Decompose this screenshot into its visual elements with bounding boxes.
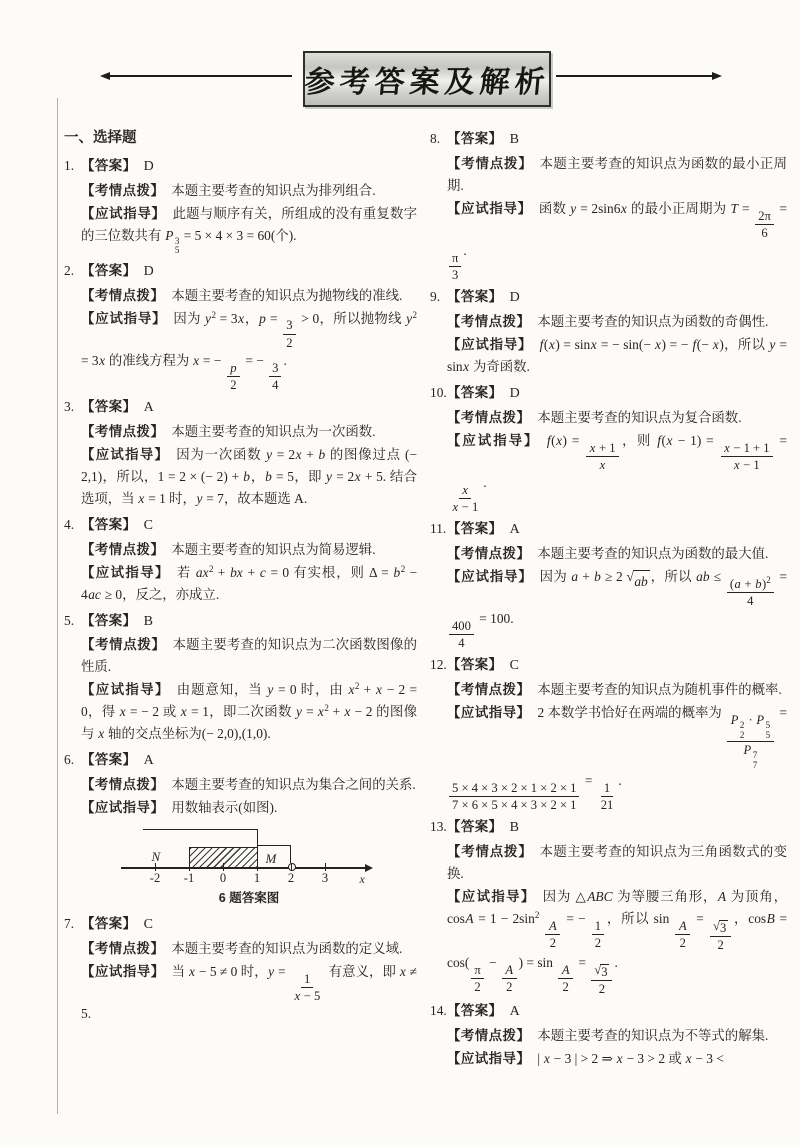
guide-label: 【应试指导】 [81, 447, 169, 462]
review-line: 【考情点拨】本题主要考查的知识点为函数的定义域. [81, 938, 417, 960]
review-line: 【考情点拨】本题主要考查的知识点为函数的最小正周期. [447, 153, 787, 197]
review-line: 【考情点拨】本题主要考查的知识点为复合函数. [447, 407, 787, 429]
axis-tick-label: 0 [211, 868, 235, 889]
review-label: 【考情点拨】 [81, 183, 164, 198]
guide-line: 【应试指导】因为 △ABC 为等腰三角形，A 为顶角，cosA = 1 − 2s… [447, 886, 787, 996]
column-right: 8.【答案】B 【考情点拨】本题主要考查的知识点为函数的最小正周期. 【应试指导… [430, 127, 787, 1074]
set-m-bracket [257, 845, 291, 846]
section-title: 一、选择题 [64, 127, 417, 151]
answer-letter: C [144, 917, 153, 932]
guide-line: 【应试指导】函数 y = 2sin6x 的最小正周期为 T = 2π6 = π3… [447, 198, 787, 282]
guide-label: 【应试指导】 [447, 337, 532, 352]
guide-label: 【应试指导】 [81, 311, 166, 326]
review-line: 【考情点拨】本题主要考查的知识点为三角函数式的变换. [447, 841, 787, 885]
column-left: 一、选择题 1.【答案】D 【考情点拨】本题主要考查的知识点为排列组合. 【应试… [64, 127, 417, 1074]
question-item: 3.【答案】A 【考情点拨】本题主要考查的知识点为一次函数. 【应试指导】因为一… [64, 396, 417, 510]
review-label: 【考情点拨】 [447, 314, 530, 329]
review-text: 本题主要考查的知识点为复合函数. [537, 410, 741, 425]
question-number: 4. [64, 514, 81, 536]
guide-label: 【应试指导】 [447, 1051, 530, 1066]
guide-label: 【应试指导】 [81, 964, 165, 979]
question-number: 11. [430, 518, 447, 540]
guide-line: 【应试指导】因为一次函数 y = 2x + b 的图像过点 (− 2,1)，所以… [81, 444, 417, 510]
answer-letter: D [510, 290, 520, 305]
review-line: 【考情点拨】本题主要考查的知识点为排列组合. [81, 180, 417, 202]
question-number: 7. [64, 913, 81, 935]
answer-line: 3.【答案】A [64, 396, 417, 420]
review-text: 本题主要考查的知识点为不等式的解集. [537, 1028, 768, 1043]
guide-line: 【应试指导】2 本数学书恰好在两端的概率为 P22 · P55P77 = 5 ×… [447, 702, 787, 812]
answer-label: 【答案】 [81, 158, 137, 173]
review-label: 【考情点拨】 [81, 941, 164, 956]
title-box: 参考答案及解析 [303, 51, 551, 107]
answer-line: 2.【答案】D [64, 260, 417, 284]
review-text: 本题主要考查的知识点为函数的最大值. [537, 546, 768, 561]
answer-letter: D [144, 264, 154, 279]
review-line: 【考情点拨】本题主要考查的知识点为函数的最大值. [447, 543, 787, 565]
right-rule-arrow-icon [712, 72, 722, 80]
axis-tick-label: 2 [279, 868, 303, 889]
review-line: 【考情点拨】本题主要考查的知识点为一次函数. [81, 421, 417, 443]
review-text: 本题主要考查的知识点为随机事件的概率. [537, 682, 781, 697]
review-label: 【考情点拨】 [447, 1028, 530, 1043]
answer-line: 14.【答案】A [430, 1000, 787, 1024]
answer-letter: C [144, 518, 153, 533]
answer-letter: B [510, 132, 519, 147]
axis-tick-label: -2 [143, 868, 167, 889]
question-number: 3. [64, 396, 81, 418]
question-item: 1.【答案】D 【考情点拨】本题主要考查的知识点为排列组合. 【应试指导】此题与… [64, 155, 417, 256]
guide-line: 【应试指导】因为 y2 = 3x，p = 32 > 0，所以抛物线 y2 = 3… [81, 308, 417, 392]
answer-label: 【答案】 [447, 289, 503, 304]
answer-label: 【答案】 [447, 657, 503, 672]
question-number: 2. [64, 260, 81, 282]
answer-line: 1.【答案】D [64, 155, 417, 179]
answer-line: 13.【答案】B [430, 816, 787, 840]
header-rule-left [109, 75, 292, 77]
axis-tick-label: 3 [313, 868, 337, 889]
question-item: 5.【答案】B 【考情点拨】本题主要考查的知识点为二次函数图像的性质. 【应试指… [64, 610, 417, 746]
question-item: 14.【答案】A 【考情点拨】本题主要考查的知识点为不等式的解集. 【应试指导】… [430, 1000, 787, 1070]
review-label: 【考情点拨】 [81, 542, 164, 557]
question-number: 9. [430, 286, 447, 308]
review-text: 本题主要考查的知识点为简易逻辑. [171, 542, 375, 557]
guide-label: 【应试指导】 [447, 201, 532, 216]
answer-letter: A [510, 522, 520, 537]
guide-line: 【应试指导】用数轴表示(如图). [81, 797, 417, 819]
guide-line: 【应试指导】因为 a + b ≥ 2 √ab，所以 ab ≤ (a + b)24… [447, 566, 787, 650]
review-text: 本题主要考查的知识点为集合之间的关系. [171, 777, 415, 792]
guide-label: 【应试指导】 [447, 569, 533, 584]
question-item: 13.【答案】B 【考情点拨】本题主要考查的知识点为三角函数式的变换. 【应试指… [430, 816, 787, 996]
review-line: 【考情点拨】本题主要考查的知识点为随机事件的概率. [447, 679, 787, 701]
answer-line: 7.【答案】C [64, 913, 417, 937]
review-text: 本题主要考查的知识点为排列组合. [171, 183, 375, 198]
answer-label: 【答案】 [81, 263, 137, 278]
answer-letter: B [144, 614, 153, 629]
guide-label: 【应试指导】 [81, 800, 164, 815]
page-margin-line [57, 98, 58, 1114]
guide-line: 【应试指导】若 ax2 + bx + c = 0 有实根，则 Δ = b2 − … [81, 562, 417, 606]
answer-label: 【答案】 [447, 385, 503, 400]
axis-arrow-icon [365, 864, 373, 872]
guide-line: 【应试指导】此题与顺序有关，所组成的没有重复数字的三位数共有 P35 = 5 ×… [81, 203, 417, 256]
axis-tick-label: -1 [177, 868, 201, 889]
answer-letter: C [510, 658, 519, 673]
answer-letter: A [510, 1004, 520, 1019]
diagram-caption: 6 题答案图 [81, 888, 417, 909]
answer-label: 【答案】 [447, 1003, 503, 1018]
guide-text: 用数轴表示(如图). [171, 800, 277, 815]
review-text: 本题主要考查的知识点为抛物线的准线. [171, 288, 402, 303]
review-label: 【考情点拨】 [447, 682, 530, 697]
question-item: 2.【答案】D 【考情点拨】本题主要考查的知识点为抛物线的准线. 【应试指导】因… [64, 260, 417, 392]
answer-line: 4.【答案】C [64, 514, 417, 538]
guide-line: 【应试指导】由题意知，当 y = 0 时，由 x2 + x − 2 = 0，得 … [81, 679, 417, 745]
answer-letter: D [144, 159, 154, 174]
axis-label: x [359, 870, 365, 890]
answer-label: 【答案】 [447, 131, 503, 146]
question-number: 12. [430, 654, 447, 676]
review-label: 【考情点拨】 [447, 546, 530, 561]
review-text: 本题主要考查的知识点为函数的定义域. [171, 941, 402, 956]
set-n-bracket [143, 829, 257, 830]
answer-label: 【答案】 [81, 752, 137, 767]
answer-line: 5.【答案】B [64, 610, 417, 634]
guide-label: 【应试指导】 [81, 682, 170, 697]
review-label: 【考情点拨】 [81, 637, 166, 652]
review-label: 【考情点拨】 [447, 844, 533, 859]
review-line: 【考情点拨】本题主要考查的知识点为集合之间的关系. [81, 774, 417, 796]
answer-label: 【答案】 [447, 819, 503, 834]
answer-line: 6.【答案】A [64, 749, 417, 773]
review-line: 【考情点拨】本题主要考查的知识点为抛物线的准线. [81, 285, 417, 307]
answer-letter: A [144, 400, 154, 415]
question-item: 8.【答案】B 【考情点拨】本题主要考查的知识点为函数的最小正周期. 【应试指导… [430, 128, 787, 282]
number-line-figure: N M x -2-10123 [119, 823, 379, 885]
guide-label: 【应试指导】 [447, 705, 530, 720]
axis-tick-label: 1 [245, 868, 269, 889]
answer-line: 10.【答案】D [430, 382, 787, 406]
question-item: 6.【答案】A 【考情点拨】本题主要考查的知识点为集合之间的关系. 【应试指导】… [64, 749, 417, 908]
review-line: 【考情点拨】本题主要考查的知识点为二次函数图像的性质. [81, 634, 417, 678]
review-label: 【考情点拨】 [447, 410, 530, 425]
question-number: 6. [64, 749, 81, 771]
content: 一、选择题 1.【答案】D 【考情点拨】本题主要考查的知识点为排列组合. 【应试… [64, 127, 787, 1074]
answer-line: 9.【答案】D [430, 286, 787, 310]
review-label: 【考情点拨】 [81, 777, 164, 792]
guide-line: 【应试指导】f(x) = x + 1x，则 f(x − 1) = x − 1 +… [447, 430, 787, 514]
question-number: 13. [430, 816, 447, 838]
review-line: 【考情点拨】本题主要考查的知识点为不等式的解集. [447, 1025, 787, 1047]
review-label: 【考情点拨】 [81, 424, 164, 439]
question-number: 5. [64, 610, 81, 632]
guide-text: | x − 3 | > 2 ⇒ x − 3 > 2 或 x − 3 < [537, 1051, 724, 1066]
review-line: 【考情点拨】本题主要考查的知识点为简易逻辑. [81, 539, 417, 561]
review-label: 【考情点拨】 [81, 288, 164, 303]
guide-label: 【应试指导】 [81, 206, 166, 221]
answer-letter: D [510, 386, 520, 401]
guide-label: 【应试指导】 [447, 433, 539, 448]
answer-label: 【答案】 [81, 399, 137, 414]
answer-label: 【答案】 [81, 613, 137, 628]
review-text: 本题主要考查的知识点为函数的奇偶性. [537, 314, 768, 329]
answer-letter: B [510, 820, 519, 835]
answer-label: 【答案】 [447, 521, 503, 536]
answer-label: 【答案】 [81, 916, 137, 931]
page-title: 参考答案及解析 [303, 57, 552, 101]
guide-label: 【应试指导】 [447, 889, 536, 904]
question-number: 10. [430, 382, 447, 404]
header-rule-right [556, 75, 713, 77]
guide-line: 【应试指导】| x − 3 | > 2 ⇒ x − 3 > 2 或 x − 3 … [447, 1048, 787, 1070]
answer-line: 11.【答案】A [430, 518, 787, 542]
question-item: 7.【答案】C 【考情点拨】本题主要考查的知识点为函数的定义域. 【应试指导】当… [64, 913, 417, 1025]
review-line: 【考情点拨】本题主要考查的知识点为函数的奇偶性. [447, 311, 787, 333]
answer-letter: A [144, 753, 154, 768]
question-item: 12.【答案】C 【考情点拨】本题主要考查的知识点为随机事件的概率. 【应试指导… [430, 654, 787, 812]
question-number: 14. [430, 1000, 447, 1022]
question-number: 1. [64, 155, 81, 177]
guide-line: 【应试指导】f(x) = sinx = − sin(− x) = − f(− x… [447, 334, 787, 378]
q6-diagram: N M x -2-10123 6 题答案图 [81, 823, 417, 909]
answer-line: 8.【答案】B [430, 128, 787, 152]
question-item: 10.【答案】D 【考情点拨】本题主要考查的知识点为复合函数. 【应试指导】f(… [430, 382, 787, 514]
guide-label: 【应试指导】 [81, 565, 170, 580]
question-item: 4.【答案】C 【考情点拨】本题主要考查的知识点为简易逻辑. 【应试指导】若 a… [64, 514, 417, 606]
answer-label: 【答案】 [81, 517, 137, 532]
guide-line: 【应试指导】当 x − 5 ≠ 0 时，y = 1x − 5 有意义，即 x ≠… [81, 961, 417, 1025]
answer-line: 12.【答案】C [430, 654, 787, 678]
question-number: 8. [430, 128, 447, 150]
answer-key-page: 参考答案及解析 一、选择题 1.【答案】D 【考情点拨】本题主要考查的知识点为排… [0, 0, 800, 1145]
question-item: 11.【答案】A 【考情点拨】本题主要考查的知识点为函数的最大值. 【应试指导】… [430, 518, 787, 650]
question-item: 9.【答案】D 【考情点拨】本题主要考查的知识点为函数的奇偶性. 【应试指导】f… [430, 286, 787, 378]
set-m-bracket-drop [290, 845, 291, 863]
review-label: 【考情点拨】 [447, 156, 533, 171]
review-text: 本题主要考查的知识点为一次函数. [171, 424, 375, 439]
